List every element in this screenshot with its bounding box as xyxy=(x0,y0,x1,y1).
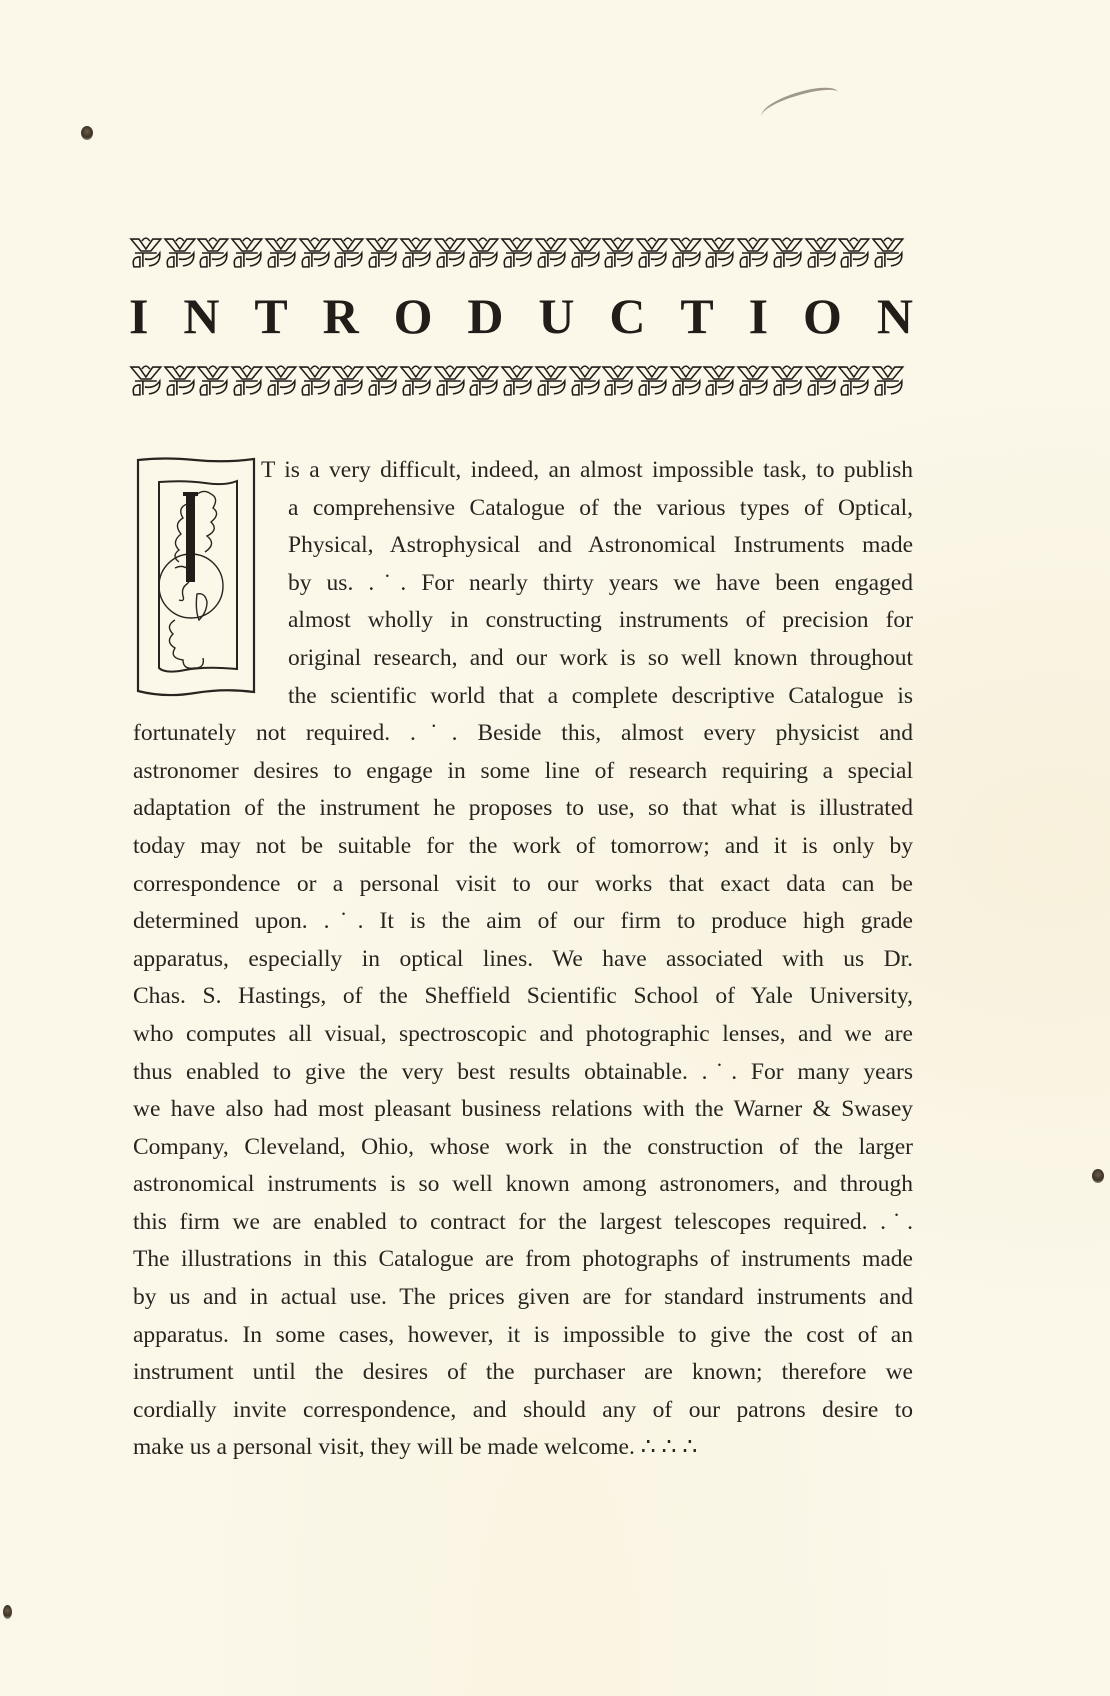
fleuron-icon xyxy=(399,363,433,397)
binding-hole-bottom-left xyxy=(3,1605,12,1619)
body-line: The illustrations in this Catalogue are … xyxy=(133,1241,913,1279)
fleuron-icon xyxy=(871,235,905,269)
fleuron-icon xyxy=(433,235,467,269)
fleuron-icon xyxy=(736,235,770,269)
fleuron-icon xyxy=(230,235,264,269)
paper-tear xyxy=(758,83,842,127)
binding-hole-top-left xyxy=(81,126,93,140)
body-line: by us. .˙. For nearly thirty years we ha… xyxy=(288,565,913,603)
body-line: apparatus, especially in optical lines. … xyxy=(133,941,913,979)
fleuron-icon xyxy=(196,363,230,397)
fleuron-icon xyxy=(736,363,770,397)
fleuron-icon xyxy=(163,235,197,269)
fleuron-icon xyxy=(264,235,298,269)
fleuron-icon xyxy=(466,235,500,269)
fleuron-icon xyxy=(702,363,736,397)
body-line: astronomer desires to engage in some lin… xyxy=(133,753,913,791)
title-letter: T xyxy=(680,286,713,346)
fleuron-icon xyxy=(466,363,500,397)
page-title: INTRODUCTION xyxy=(129,286,913,346)
ornament-border-top xyxy=(129,234,905,270)
fleuron-icon xyxy=(635,363,669,397)
fleuron-icon xyxy=(669,363,703,397)
fleuron-icon xyxy=(601,363,635,397)
fleuron-icon xyxy=(298,363,332,397)
body-line: T is a very difficult, indeed, an almost… xyxy=(261,452,913,490)
fleuron-icon xyxy=(264,363,298,397)
body-line: thus enabled to give the very best resul… xyxy=(133,1054,913,1092)
body-line: fortunately not required. .˙. Beside thi… xyxy=(133,715,913,753)
body-line: the scientific world that a complete des… xyxy=(288,678,913,716)
body-line: Chas. S. Hastings, of the Sheffield Scie… xyxy=(133,978,913,1016)
fleuron-icon xyxy=(770,235,804,269)
title-letter: O xyxy=(394,286,433,346)
introduction-body: T is a very difficult, indeed, an almost… xyxy=(133,452,913,1467)
fleuron-icon xyxy=(129,235,163,269)
fleuron-icon xyxy=(399,235,433,269)
body-line: almost wholly in constructing instrument… xyxy=(288,602,913,640)
fleuron-icon xyxy=(568,363,602,397)
body-line: today may not be suitable for the work o… xyxy=(133,828,913,866)
title-letter: N xyxy=(877,286,913,346)
body-line: determined upon. .˙. It is the aim of ou… xyxy=(133,903,913,941)
fleuron-icon xyxy=(770,363,804,397)
body-line: make us a personal visit, they will be m… xyxy=(133,1429,913,1467)
fleuron-icon xyxy=(365,363,399,397)
fleuron-icon xyxy=(837,363,871,397)
fleuron-icon xyxy=(669,235,703,269)
fleuron-icon xyxy=(534,363,568,397)
body-line: cordially invite correspondence, and sho… xyxy=(133,1392,913,1430)
binding-hole-right xyxy=(1092,1169,1104,1183)
fleuron-icon xyxy=(702,235,736,269)
body-line: original research, and our work is so we… xyxy=(288,640,913,678)
fleuron-icon xyxy=(433,363,467,397)
body-line: adaptation of the instrument he proposes… xyxy=(133,790,913,828)
fleuron-icon xyxy=(601,235,635,269)
title-letter: U xyxy=(538,286,574,346)
title-letter: R xyxy=(323,286,359,346)
body-line: Company, Cleveland, Ohio, whose work in … xyxy=(133,1129,913,1167)
ornament-border-bottom xyxy=(129,362,905,398)
body-line: a comprehensive Catalogue of the various… xyxy=(288,490,913,528)
fleuron-icon xyxy=(365,235,399,269)
fleuron-icon xyxy=(500,235,534,269)
body-line: who computes all visual, spectroscopic a… xyxy=(133,1016,913,1054)
fleuron-icon xyxy=(534,235,568,269)
title-letter: I xyxy=(129,286,148,346)
catalogue-page: INTRODUCTION T is a very difficult, inde… xyxy=(0,0,1110,1696)
fleuron-icon xyxy=(331,235,365,269)
fleuron-icon xyxy=(871,363,905,397)
body-line: by us and in actual use. The prices give… xyxy=(133,1279,913,1317)
title-letter: D xyxy=(467,286,503,346)
fleuron-icon xyxy=(298,235,332,269)
body-line: correspondence or a personal visit to ou… xyxy=(133,866,913,904)
title-letter: O xyxy=(803,286,842,346)
fleuron-icon xyxy=(129,363,163,397)
fleuron-icon xyxy=(230,363,264,397)
fleuron-icon xyxy=(804,235,838,269)
fleuron-icon xyxy=(635,235,669,269)
fleuron-icon xyxy=(568,235,602,269)
body-line: apparatus. In some cases, however, it is… xyxy=(133,1317,913,1355)
title-letter: C xyxy=(609,286,645,346)
body-line: astronomical instruments is so well know… xyxy=(133,1166,913,1204)
fleuron-icon xyxy=(196,235,230,269)
fleuron-icon xyxy=(837,235,871,269)
fleuron-icon xyxy=(331,363,365,397)
body-line: this firm we are enabled to contract for… xyxy=(133,1204,913,1242)
fleuron-icon xyxy=(804,363,838,397)
title-letter: N xyxy=(183,286,219,346)
fleuron-icon xyxy=(500,363,534,397)
body-line: Physical, Astrophysical and Astronomical… xyxy=(288,527,913,565)
body-line: we have also had most pleasant business … xyxy=(133,1091,913,1129)
body-line: instrument until the desires of the purc… xyxy=(133,1354,913,1392)
title-letter: T xyxy=(254,286,287,346)
fleuron-icon xyxy=(163,363,197,397)
title-letter: I xyxy=(749,286,768,346)
